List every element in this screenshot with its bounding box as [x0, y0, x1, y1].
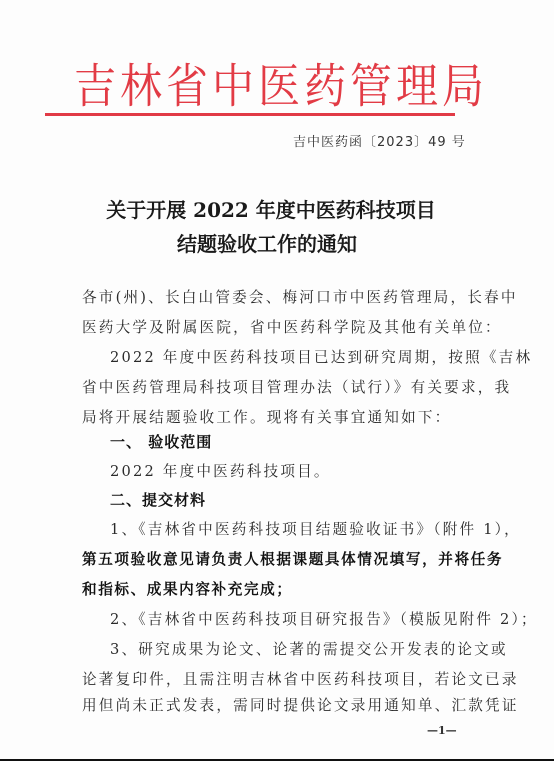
section-2-item-2: 2、《吉林省中医药科技项目研究报告》（模版见附件 2）；	[110, 610, 538, 630]
section-2-item-3-line-2: 论著复印件，且需注明吉林省中医药科技项目，若论文已录	[82, 670, 519, 690]
section-1-heading: 一、 验收范围	[110, 432, 212, 452]
organization-header: 吉林省中医药管理局	[74, 60, 488, 114]
section-1-text: 2022 年度中医药科技项目。	[110, 462, 331, 482]
intro-line-3: 局将开展结题验收工作。现将有关事宜通知如下：	[82, 408, 451, 428]
section-2-item-3-line-1: 3、研究成果为论文、论著的需提交公开发表的论文或	[110, 640, 508, 660]
page-number: —1—	[427, 724, 457, 737]
recipients-line-1: 各市(州)、长白山管委会、梅河口市中医药管理局，长春中	[82, 288, 518, 308]
section-2-item-3-line-3: 用但尚未正式发表，需同时提供论文录用通知单、汇款凭证	[82, 696, 519, 716]
document-title-line-2: 结题验收工作的通知	[0, 228, 544, 257]
section-2-item-1: 1、《吉林省中医药科技项目结题验收证书》（附件 1），	[110, 520, 521, 540]
section-2-item-1-bold-line-1: 第五项验收意见请负责人根据课题具体情况填写，并将任务	[82, 550, 503, 570]
intro-line-1: 2022 年度中医药科技项目已达到研究周期，按照《吉林	[110, 348, 532, 368]
red-divider-line	[45, 113, 455, 116]
section-2-heading: 二、提交材料	[110, 490, 206, 510]
intro-line-2: 省中医药管理局科技项目管理办法（试行）》有关要求，我	[82, 378, 511, 398]
document-title-line-1: 关于开展 2022 年度中医药科技项目	[0, 194, 548, 223]
document-number: 吉中医药函〔2023〕49 号	[293, 131, 466, 150]
recipients-line-2: 医药大学及附属医院，省中医药科学院及其他有关单位：	[82, 318, 502, 338]
section-2-item-1-bold-line-2: 和指标、成果内容补充完成；	[82, 580, 293, 600]
document-page: 吉林省中医药管理局 吉中医药函〔2023〕49 号 关于开展 2022 年度中医…	[0, 0, 554, 761]
